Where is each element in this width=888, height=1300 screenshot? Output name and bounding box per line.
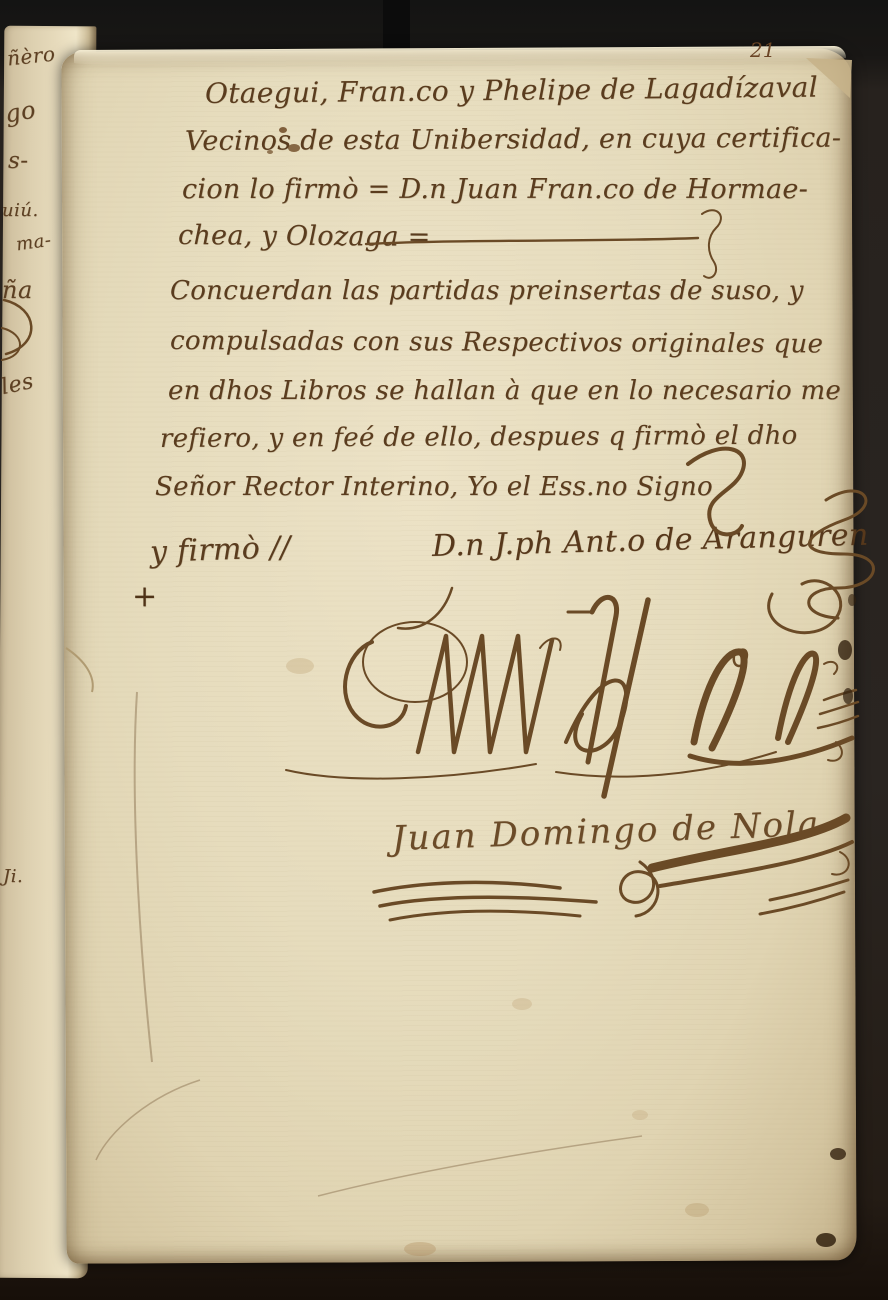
manuscript-line: Otaegui, Fran.co y Phelipe de Lagadízava… bbox=[205, 74, 818, 108]
margin-fragment: ñèro bbox=[6, 42, 57, 71]
manuscript-line: refiero, y en feé de ello, despues q fir… bbox=[160, 423, 798, 452]
manuscript-line: compulsadas con sus Respectivos original… bbox=[170, 328, 823, 357]
folio-number: 21 bbox=[750, 38, 775, 62]
manuscript-line: Concuerdan las partidas preinsertas de s… bbox=[170, 278, 804, 304]
margin-fragment: Ji. bbox=[3, 866, 23, 887]
margin-fragment: ña bbox=[2, 276, 33, 304]
manuscript-photo: ñèro go s- uiú. ma- ña les Ji. 21 Otaegu… bbox=[0, 0, 888, 1300]
manuscript-line: y firmò // bbox=[149, 533, 291, 568]
margin-fragment: s- bbox=[8, 148, 29, 174]
cross-mark: + bbox=[132, 582, 157, 612]
manuscript-line: Vecinos de esta Unibersidad, en cuya cer… bbox=[185, 125, 841, 155]
manuscript-line: chea, y Olozaga = bbox=[178, 222, 431, 251]
manuscript-line: cion lo firmò = D.n Juan Fran.co de Horm… bbox=[182, 176, 808, 203]
manuscript-line: Señor Rector Interino, Yo el Ess.no Sign… bbox=[155, 474, 713, 500]
manuscript-line: en dhos Libros se hallan à que en lo nec… bbox=[168, 378, 841, 404]
margin-fragment: uiú. bbox=[2, 200, 39, 221]
margin-fragment: go bbox=[3, 96, 38, 129]
